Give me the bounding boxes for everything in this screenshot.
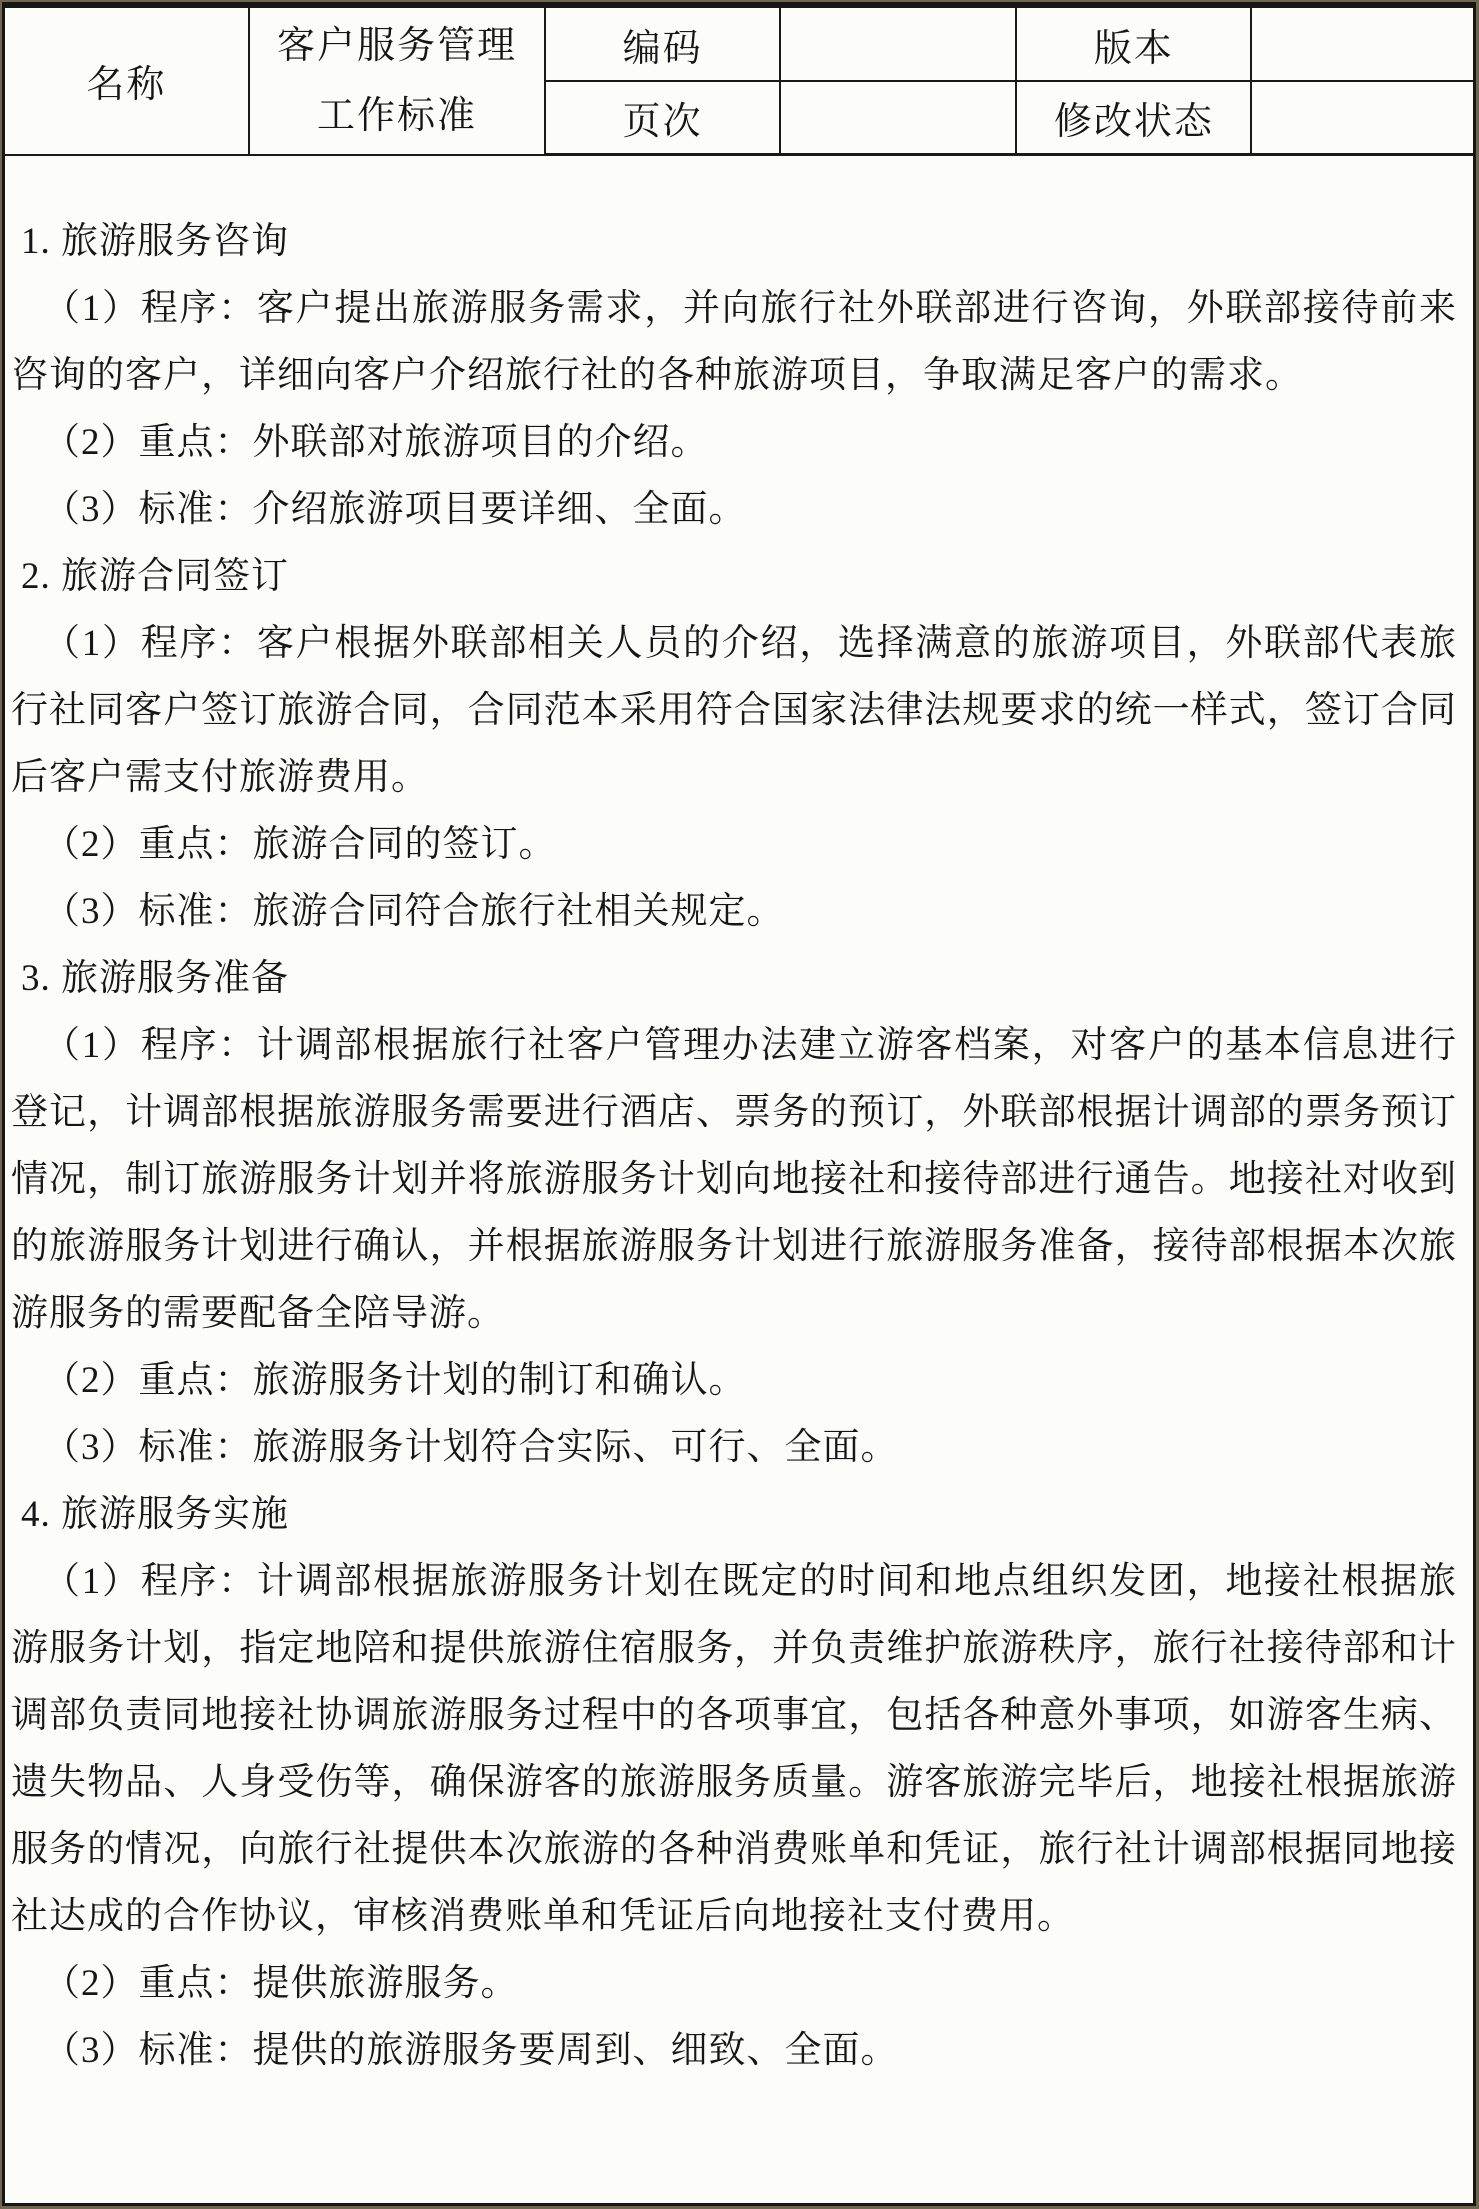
code-label-cell: 编码 [545, 8, 780, 81]
body-paragraph: （1）程序：计调部根据旅游服务计划在既定的时间和地点组织发团，地接社根据旅游服务… [11, 1548, 1457, 1950]
body-paragraph: （3）标准：旅游服务计划符合实际、可行、全面。 [11, 1414, 1457, 1481]
body-paragraph: （3）标准：介绍旅游项目要详细、全面。 [11, 476, 1457, 543]
section-heading: 4. 旅游服务实施 [11, 1481, 1457, 1548]
body-paragraph: （1）程序：计调部根据旅行社客户管理办法建立游客档案，对客户的基本信息进行登记，… [11, 1012, 1457, 1347]
body-paragraph: （3）标准：旅游合同符合旅行社相关规定。 [11, 878, 1457, 945]
doc-title-line1: 客户服务管理 [250, 11, 545, 81]
doc-title-cell: 客户服务管理 工作标准 [249, 8, 546, 155]
body-paragraph: （1）程序：客户根据外联部相关人员的介绍，选择满意的旅游项目，外联部代表旅行社同… [11, 610, 1457, 811]
version-value-cell [1251, 8, 1473, 81]
version-label-cell: 版本 [1016, 8, 1251, 81]
section-heading: 1. 旅游服务咨询 [11, 208, 1457, 275]
code-value-cell [780, 8, 1016, 81]
header-table: 名称 客户服务管理 工作标准 编码 版本 页次 修改状态 [5, 8, 1473, 156]
body-paragraph: （2）重点：旅游服务计划的制订和确认。 [11, 1347, 1457, 1414]
body-paragraph: （2）重点：提供旅游服务。 [11, 1950, 1457, 2017]
page-label-cell: 页次 [545, 81, 780, 154]
document-body: 1. 旅游服务咨询 （1）程序：客户提出旅游服务需求，并向旅行社外联部进行咨询，… [5, 156, 1473, 2084]
section-heading: 3. 旅游服务准备 [11, 945, 1457, 1012]
body-paragraph: （3）标准：提供的旅游服务要周到、细致、全面。 [11, 2017, 1457, 2084]
document-page: 名称 客户服务管理 工作标准 编码 版本 页次 修改状态 1. 旅游服务咨询 （… [2, 2, 1476, 2206]
revision-value-cell [1251, 81, 1473, 154]
body-paragraph: （2）重点：外联部对旅游项目的介绍。 [11, 409, 1457, 476]
revision-label-cell: 修改状态 [1016, 81, 1251, 154]
name-label-cell: 名称 [5, 8, 249, 155]
section-heading: 2. 旅游合同签订 [11, 543, 1457, 610]
doc-title-line2: 工作标准 [250, 81, 545, 151]
body-paragraph: （1）程序：客户提出旅游服务需求，并向旅行社外联部进行咨询，外联部接待前来咨询的… [11, 275, 1457, 409]
body-paragraph: （2）重点：旅游合同的签订。 [11, 811, 1457, 878]
page-value-cell [780, 81, 1016, 154]
